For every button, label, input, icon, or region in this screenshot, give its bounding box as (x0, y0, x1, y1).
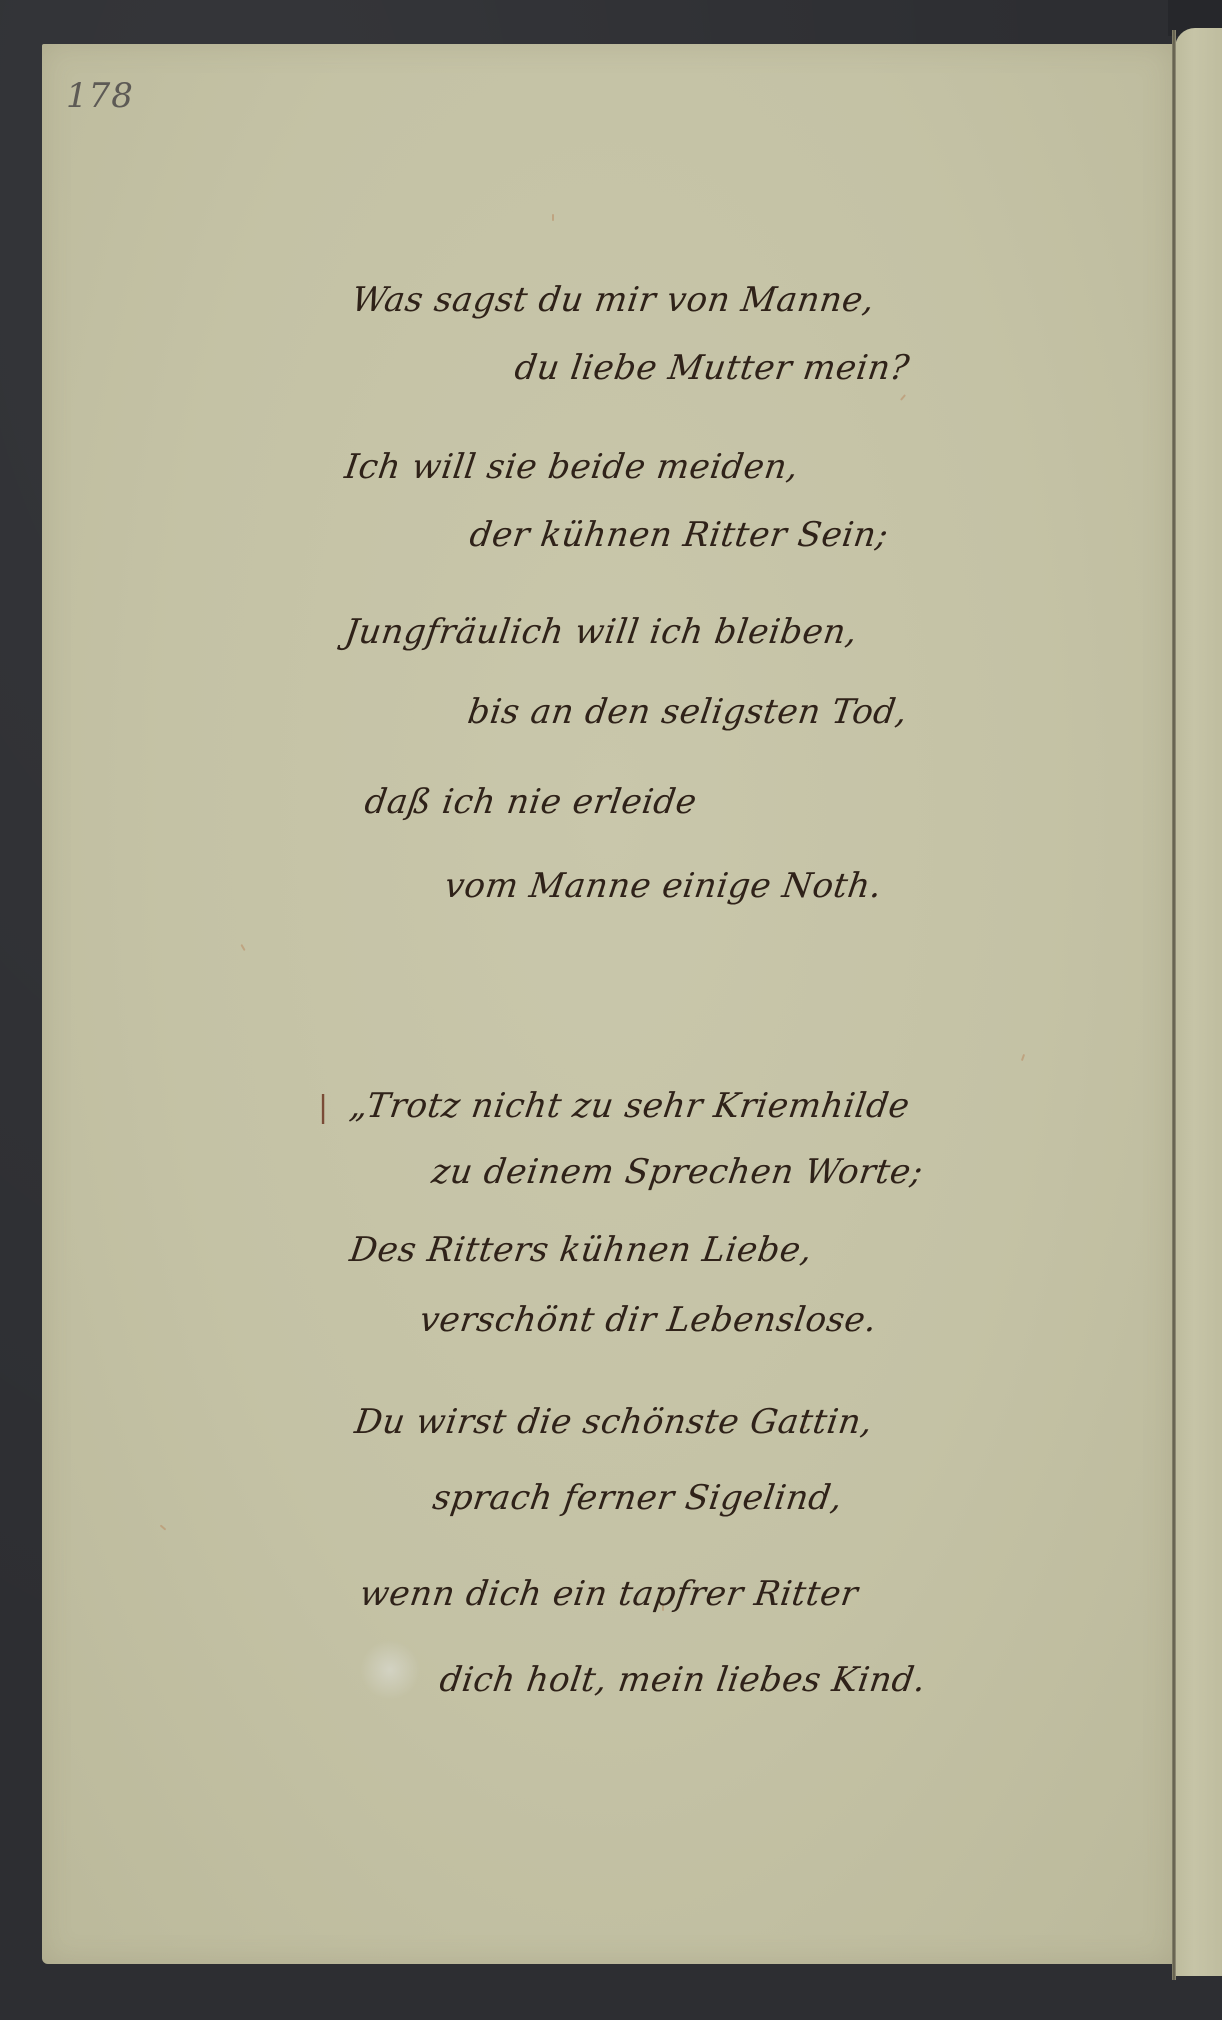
stanza-1-line-3: Ich will sie beide meiden, (342, 447, 801, 487)
stanza-2-line-5: Du wirst die schönste Gattin, (352, 1402, 875, 1442)
adjacent-page-edge (1175, 28, 1222, 1976)
margin-mark: | (318, 1090, 328, 1125)
stanza-1-line-6: bis an den seligsten Tod, (465, 692, 910, 732)
stanza-1-line-4: der kühnen Ritter Sein; (467, 515, 891, 555)
stanza-2-line-8: dich holt, mein liebes Kind. (437, 1660, 928, 1700)
stanza-1-line-5: Jungfräulich will ich bleiben, (342, 612, 860, 652)
stanza-1-line-1: Was sagst du mir von Manne, (349, 280, 877, 320)
stanza-2-line-2: zu deinem Sprechen Worte; (429, 1152, 925, 1192)
stanza-2-line-1: „Trotz nicht zu sehr Kriemhilde (347, 1086, 912, 1126)
stanza-1-line-7: daß ich nie erleide (362, 782, 699, 822)
stanza-2-line-7: wenn dich ein tapfrer Ritter (357, 1574, 860, 1614)
paper-smudge (360, 1640, 420, 1700)
stanza-1-line-2: du liebe Mutter mein? (512, 348, 912, 388)
stanza-2-line-4: verschönt dir Lebenslose. (417, 1300, 879, 1340)
book-gutter (1172, 30, 1176, 1980)
stanza-2-line-3: Des Ritters kühnen Liebe, (347, 1230, 815, 1270)
folio-number: 178 (66, 76, 134, 116)
stanza-2-line-6: sprach ferner Sigelind, (430, 1478, 845, 1518)
stanza-1-line-8: vom Manne einige Noth. (442, 866, 884, 906)
